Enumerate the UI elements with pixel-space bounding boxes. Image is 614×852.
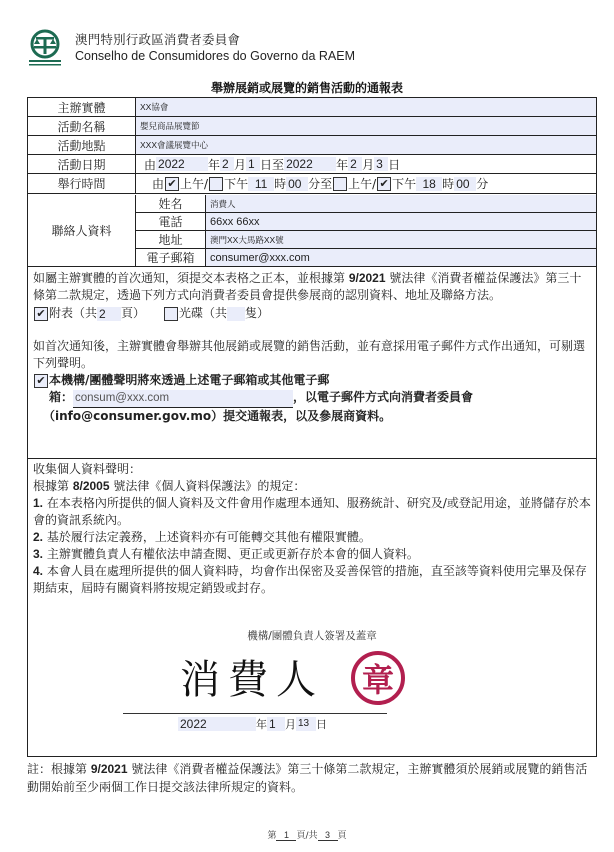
total-pages-field[interactable]: 3: [318, 830, 338, 841]
organizer-field[interactable]: XX協會: [140, 101, 168, 113]
privacy-law: 根據第 8/2005 號法律《個人資料保護法》的規定：: [33, 478, 591, 495]
org-name-pt: Conselho de Consumidores do Governo da R…: [75, 48, 355, 65]
date-from-year-field[interactable]: 2022: [156, 157, 208, 171]
month-unit: 月: [285, 716, 296, 732]
hour-unit: 時: [442, 175, 454, 192]
month-unit: 月: [234, 156, 246, 173]
am-label: 上午/: [180, 175, 208, 192]
declaration-email-field[interactable]: consum@xxx.com: [73, 390, 293, 408]
date-to-year-field[interactable]: 2022: [284, 157, 336, 171]
email-declaration-intro: 如首次通知後，主辦實體會舉辦其他展銷或展覽的銷售活動，並有意採用電子郵件方式作出…: [33, 338, 591, 372]
year-unit: 年: [256, 716, 267, 732]
row-activity-location: 活動地點 XXX會議展覽中心: [28, 136, 596, 155]
email-declaration-line1: ✔ 本機構/團體聲明將來透過上述電子郵箱或其他電子郵: [33, 372, 591, 389]
hour-unit: 時: [274, 175, 286, 192]
row-activity-date: 活動日期 由 2022 年 2 月 1 日至 2022 年 2 月 3 日: [28, 155, 596, 174]
current-page-field[interactable]: 1: [276, 830, 296, 841]
attachment-unit: 頁）: [121, 305, 145, 322]
activity-location-field[interactable]: XXX會議展覽中心: [140, 139, 208, 151]
contact-phone-field[interactable]: 66xx 66xx: [210, 216, 260, 228]
date-from-prefix: 由: [144, 156, 156, 173]
privacy-item-4: 4. 本會人員在處理所提供的個人資料時，均會作出保密及妥善保管的措施，直至該等資…: [33, 563, 591, 597]
activity-location-label: 活動地點: [28, 136, 136, 154]
contact-label: 聯絡人資料: [28, 195, 136, 266]
contact-name-label: 姓名: [136, 195, 206, 212]
email-declaration-line3: （info@consumer.gov.mo）提交通報表，以及參展商資料。: [33, 408, 591, 425]
time-from-prefix: 由: [152, 175, 164, 192]
year-unit: 年: [336, 156, 348, 173]
contact-email-label: 電子郵箱: [136, 249, 206, 266]
signature-date: 2022 年 1 月 13 日: [178, 716, 327, 732]
cd-unit: 隻）: [245, 305, 269, 322]
cd-checkbox[interactable]: [164, 307, 178, 321]
attachment-options: ✔ 附表（共 2 頁） 光碟（共 隻）: [33, 305, 591, 322]
day-unit: 日: [388, 156, 400, 173]
to-hour-field[interactable]: 18: [416, 177, 442, 191]
signature-image: 消費人: [180, 648, 324, 705]
privacy-title: 收集個人資料聲明：: [33, 461, 591, 478]
from-pm-checkbox[interactable]: [209, 177, 223, 191]
email-declaration-checkbox[interactable]: ✔: [34, 374, 48, 388]
contact-row-address: 地址 澳門XX大馬路XX號: [136, 231, 596, 249]
row-activity-time: 舉行時間 由 ✔ 上午/ 下午 11 時 00 分至 上午/ ✔ 下午 18 時…: [28, 174, 596, 194]
month-unit: 月: [362, 156, 374, 173]
contact-row-email: 電子郵箱 consumer@xxx.com: [136, 249, 596, 266]
activity-date-label: 活動日期: [28, 155, 136, 173]
email-declaration-line2: 箱：consum@xxx.com，以電子郵件方式向消費者委員會: [33, 389, 591, 408]
to-minute-field[interactable]: 00: [454, 177, 476, 191]
stamp-seal-icon: 章: [351, 651, 405, 705]
signature-day-field[interactable]: 13: [296, 717, 316, 731]
minute-unit: 分: [476, 175, 488, 192]
signature-month-field[interactable]: 1: [267, 717, 285, 731]
date-from-day-field[interactable]: 1: [246, 157, 260, 171]
attachment-pages-field[interactable]: 2: [97, 307, 121, 321]
cd-count-field[interactable]: [227, 307, 245, 321]
date-to-month-field[interactable]: 2: [348, 157, 362, 171]
privacy-item-1: 1. 在本表格內所提供的個人資料及文件會用作處理本通知、服務統計、研究及/或登記…: [33, 495, 591, 529]
signature-line: [123, 713, 387, 714]
first-notice-text: 如屬主辦實體的首次通知，須提交本表格之正本，並根據第 9/2021 號法律《消費…: [33, 270, 591, 304]
contact-email-field[interactable]: consumer@xxx.com: [210, 252, 310, 264]
row-activity-name: 活動名稱 嬰兒商品展覽節: [28, 117, 596, 136]
organizer-label: 主辦實體: [28, 98, 136, 116]
date-to-day-field[interactable]: 3: [374, 157, 388, 171]
row-organizer: 主辦實體 XX協會: [28, 98, 596, 117]
activity-name-label: 活動名稱: [28, 117, 136, 135]
org-name-zh: 澳門特別行政區消費者委員會: [75, 31, 355, 48]
minute-to-label: 分至: [308, 175, 332, 192]
am-label: 上午/: [348, 175, 376, 192]
attachment-checkbox[interactable]: ✔: [34, 307, 48, 321]
from-hour-field[interactable]: 11: [248, 177, 274, 191]
privacy-section: 收集個人資料聲明： 根據第 8/2005 號法律《個人資料保護法》的規定： 1.…: [28, 459, 596, 599]
contact-address-label: 地址: [136, 231, 206, 248]
pm-label: 下午: [224, 175, 248, 192]
pm-label: 下午: [392, 175, 416, 192]
from-am-checkbox[interactable]: ✔: [165, 177, 179, 191]
year-unit: 年: [208, 156, 220, 173]
activity-time-label: 舉行時間: [28, 174, 136, 193]
day-to-label: 日至: [260, 156, 284, 173]
page-counter: 第1頁/共3頁: [0, 828, 614, 841]
contact-row-phone: 電話 66xx 66xx: [136, 213, 596, 231]
privacy-item-3: 3. 主辦實體負責人有權依法申請查閱、更正或更新存於本會的個人資料。: [33, 546, 591, 563]
contact-name-field[interactable]: 消費人: [210, 198, 236, 210]
activity-name-field[interactable]: 嬰兒商品展覽節: [140, 120, 200, 132]
to-pm-checkbox[interactable]: ✔: [377, 177, 391, 191]
contact-address-field[interactable]: 澳門XX大馬路XX號: [210, 234, 284, 246]
cd-label: 光碟（共: [179, 305, 227, 322]
signature-year-field[interactable]: 2022: [178, 717, 256, 731]
consumer-council-logo-icon: [27, 29, 63, 67]
privacy-item-2: 2. 基於履行法定義務，上述資料亦有可能轉交其他有權限實體。: [33, 529, 591, 546]
first-notice-section: 如屬主辦實體的首次通知，須提交本表格之正本，並根據第 9/2021 號法律《消費…: [28, 268, 596, 458]
form-title: 舉辦展銷或展覽的銷售活動的通報表: [0, 79, 614, 96]
day-unit: 日: [316, 716, 327, 732]
footnote: 註：根據第 9/2021 號法律《消費者權益保護法》第三十條第二款規定，主辦實體…: [27, 760, 597, 796]
signature-label: 機構/團體負責人簽署及蓋章: [28, 628, 596, 643]
contact-row-name: 姓名 消費人: [136, 195, 596, 213]
attachment-label: 附表（共: [49, 305, 97, 322]
to-am-checkbox[interactable]: [333, 177, 347, 191]
from-minute-field[interactable]: 00: [286, 177, 308, 191]
date-from-month-field[interactable]: 2: [220, 157, 234, 171]
page-header: 澳門特別行政區消費者委員會 Conselho de Consumidores d…: [27, 29, 355, 67]
contact-phone-label: 電話: [136, 213, 206, 230]
form-frame: 主辦實體 XX協會 活動名稱 嬰兒商品展覽節 活動地點 XXX會議展覽中心 活動…: [27, 97, 597, 757]
contact-block: 聯絡人資料 姓名 消費人 電話 66xx 66xx 地址 澳門XX大馬路XX號 …: [28, 195, 596, 267]
